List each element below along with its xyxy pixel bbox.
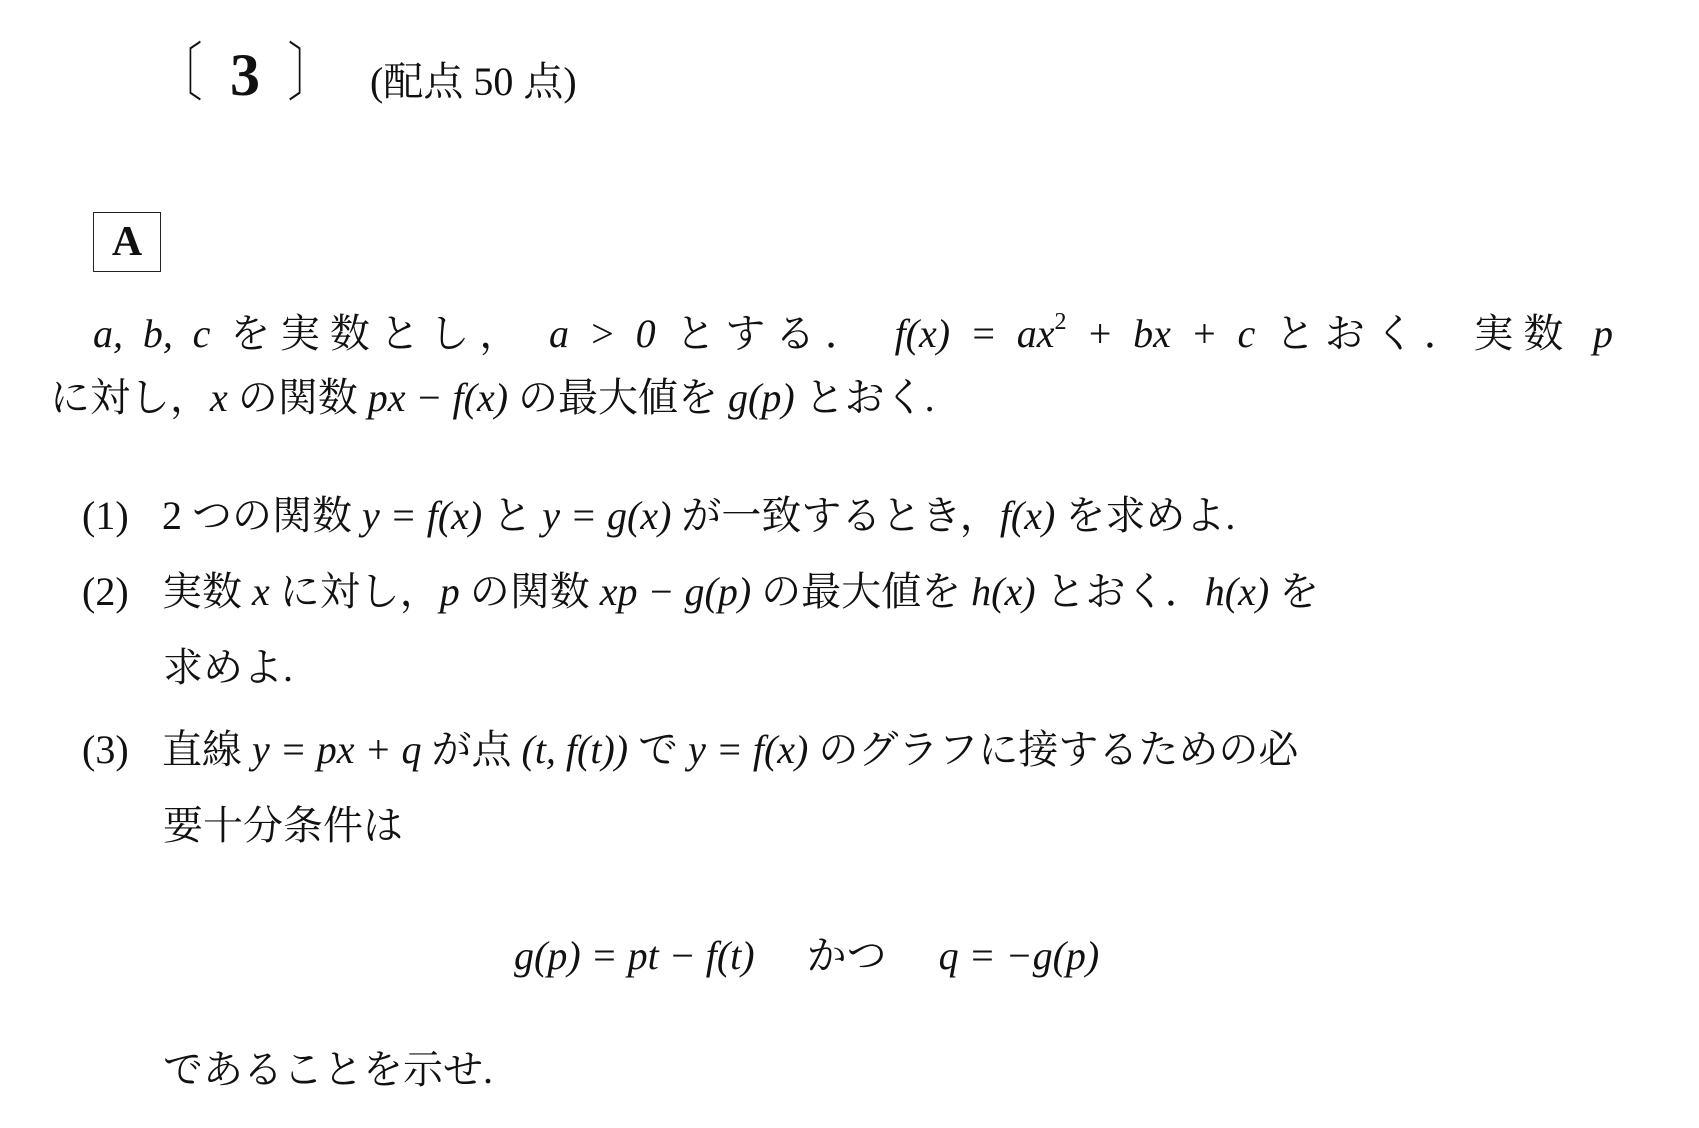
display-equation: g(p) = pt − f(t)かつq = −g(p)	[514, 932, 1099, 980]
text: に対し，	[270, 569, 440, 614]
text: の関数	[460, 569, 600, 614]
text: とする．	[656, 311, 875, 356]
math: y = f(x)	[688, 727, 808, 772]
text: を求めよ.	[1055, 493, 1235, 538]
math-a-positive: a > 0	[549, 311, 656, 356]
math: (t, f(t))	[522, 727, 629, 772]
text: を	[1269, 569, 1319, 614]
equation-left: g(p) = pt − f(t)	[514, 933, 755, 978]
math-abc: a, b, c	[93, 311, 210, 356]
math-exponent: 2	[1054, 309, 1066, 335]
section-label-box: A	[93, 212, 161, 272]
question-label: (2)	[82, 568, 162, 616]
question-2-continued: 求めよ.	[163, 644, 293, 692]
question-label: (1)	[82, 492, 162, 540]
equation-conjunction: かつ	[807, 933, 887, 978]
math-px-minus-fx: px − f(x)	[368, 375, 508, 420]
math-fx-def-rest: + bx + c	[1066, 311, 1255, 356]
text: と	[482, 493, 542, 538]
math: y = px + q	[252, 727, 422, 772]
text: の最大値を	[751, 569, 971, 614]
question-3-continued: 要十分条件は	[163, 802, 403, 850]
text: のグラフに接するための必	[808, 727, 1298, 772]
math-fx-def: f(x) = ax	[895, 311, 1055, 356]
text: とおく．実数	[1255, 311, 1593, 356]
text: 実数	[162, 569, 252, 614]
bracket-open: 〔	[158, 22, 203, 114]
question-1: (1)2 つの関数 y = f(x) と y = g(x) が一致するとき，f(…	[82, 492, 1235, 540]
math: h(x)	[971, 569, 1035, 614]
conclusion-text: であることを示せ.	[163, 1046, 493, 1094]
text: が一致するとき，	[671, 493, 999, 538]
math: y = f(x)	[362, 493, 482, 538]
problem-number: 3	[230, 41, 260, 110]
text: とおく．	[1036, 569, 1205, 614]
math: xp − g(p)	[600, 569, 751, 614]
math-p: p	[1593, 311, 1613, 356]
math: y = g(x)	[542, 493, 671, 538]
problem-heading: 〔 3 〕 (配点 50 点)	[148, 22, 577, 114]
text: 2 つの関数	[162, 493, 362, 538]
math: x	[252, 569, 270, 614]
text: の最大値を	[508, 375, 728, 420]
question-label: (3)	[82, 726, 162, 774]
question-2: (2)実数 x に対し，p の関数 xp − g(p) の最大値を h(x) と…	[82, 568, 1614, 616]
text: で	[628, 727, 688, 772]
text: に対し，	[50, 375, 210, 420]
bracket-close: 〕	[288, 22, 333, 114]
math: p	[440, 569, 460, 614]
intro-line-2: に対し，x の関数 px − f(x) の最大値を g(p) とおく.	[50, 374, 935, 422]
math-x: x	[210, 375, 228, 420]
math-gp: g(p)	[728, 375, 795, 420]
question-3: (3)直線 y = px + q が点 (t, f(t)) で y = f(x)…	[82, 726, 1614, 774]
text: とおく.	[795, 375, 935, 420]
text: の関数	[228, 375, 368, 420]
math: h(x)	[1205, 569, 1269, 614]
intro-line-1: a, b, c を実数とし， a > 0 とする． f(x) = ax2 + b…	[93, 298, 1613, 358]
text: を実数とし，	[210, 311, 529, 356]
text: 直線	[162, 727, 252, 772]
math: f(x)	[1000, 493, 1056, 538]
text: が点	[422, 727, 522, 772]
points-label: (配点 50 点)	[370, 50, 577, 107]
equation-right: q = −g(p)	[939, 933, 1100, 978]
